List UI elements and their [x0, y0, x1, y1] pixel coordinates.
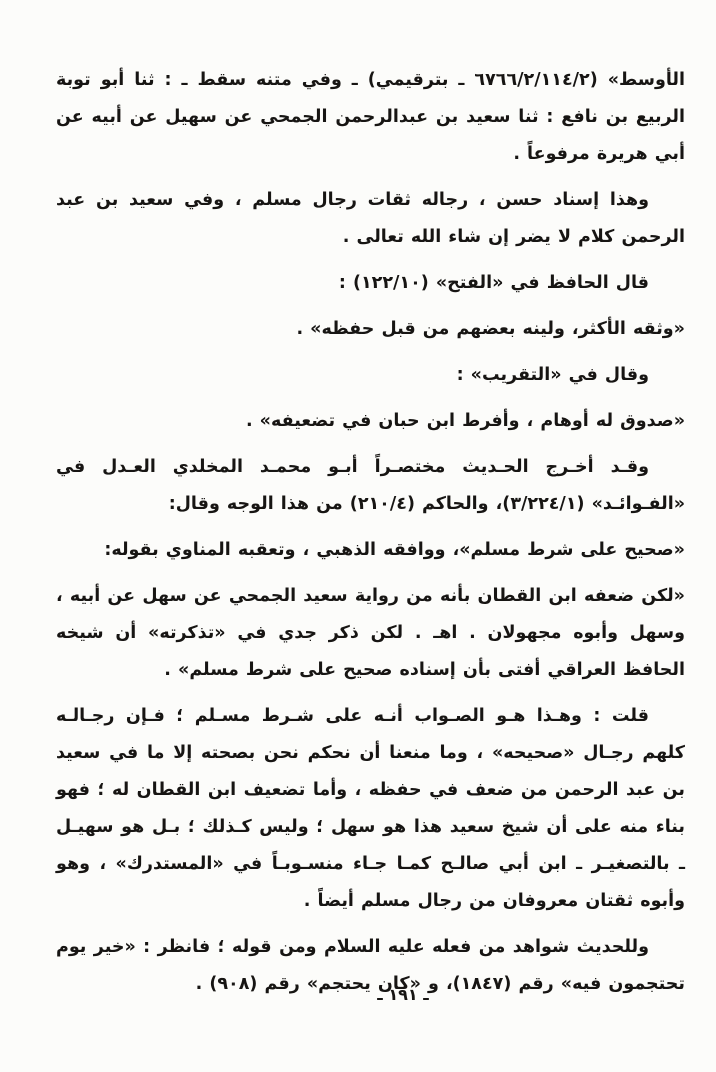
page-number: ـ ١٩١ ـ — [45, 985, 716, 1004]
paragraph-taqrib-intro: وقال في «التقريب» : — [56, 357, 685, 394]
paragraph-isnad-grading: وهذا إسناد حسن ، رجاله ثقات رجال مسلم ، … — [56, 182, 685, 256]
paragraph-hafiz-fath-intro: قال الحافظ في «الفتح» (١٢٢/١٠) : — [56, 265, 685, 302]
paragraph-fath-quote: «وثقه الأكثر، ولينه بعضهم من قبل حفظه» . — [56, 311, 685, 348]
paragraph-author-comment: قلت : وهـذا هـو الصـواب أنـه على شـرط مس… — [56, 698, 685, 920]
text-block: الأوسط» (٦٧٦٦/٢/١١٤/٢ ـ بترقيمي) ـ وفي م… — [56, 62, 685, 1012]
paragraph-isnad-continuation: الأوسط» (٦٧٦٦/٢/١١٤/٢ ـ بترقيمي) ـ وفي م… — [56, 62, 685, 173]
paragraph-takhrij: وقـد أخـرج الحـديث مختصـراً أبـو محمـد ا… — [56, 449, 685, 523]
book-page: الأوسط» (٦٧٦٦/٢/١١٤/٢ ـ بترقيمي) ـ وفي م… — [0, 0, 716, 1072]
paragraph-taqrib-quote: «صدوق له أوهام ، وأفرط ابن حبان في تضعيف… — [56, 403, 685, 440]
paragraph-munawi-quote: «لكن ضعفه ابن القطان بأنه من رواية سعيد … — [56, 578, 685, 689]
paragraph-hakim-grading: «صحيح على شرط مسلم»، ووافقه الذهبي ، وتع… — [56, 532, 685, 569]
